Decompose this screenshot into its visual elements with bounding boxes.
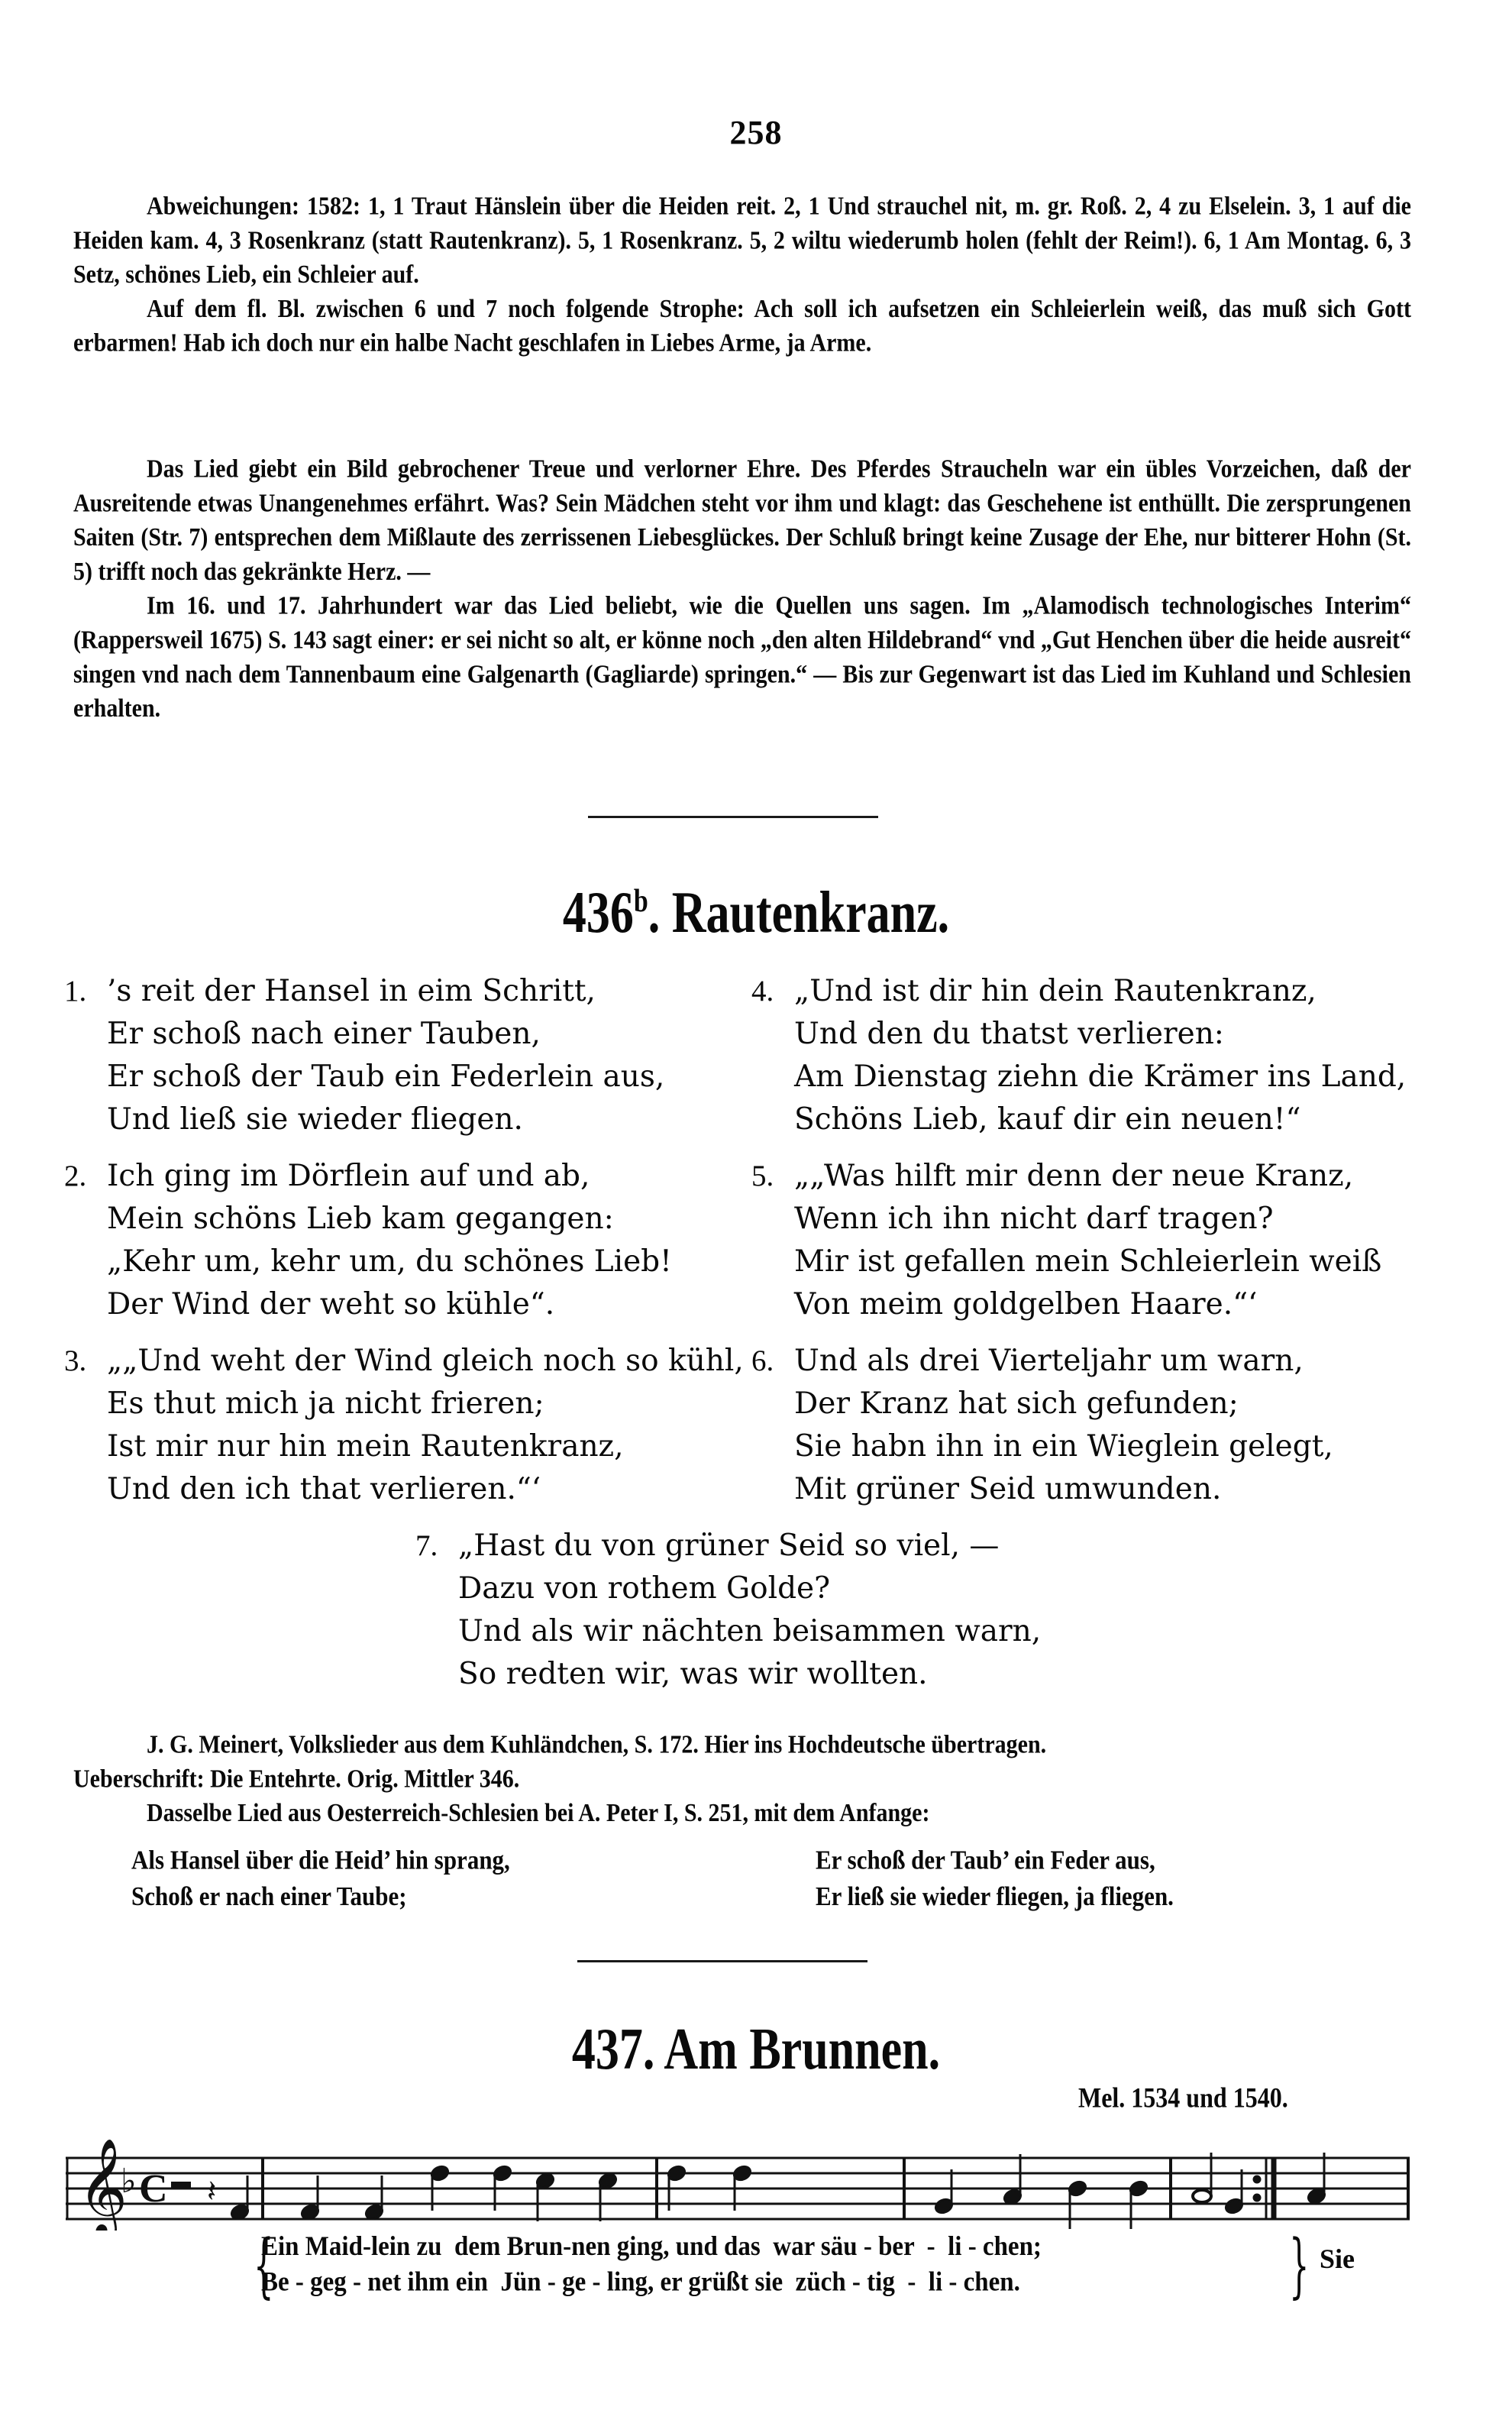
stanza-number: 5. (751, 1155, 774, 1198)
source-note: Dasselbe Lied aus Oesterreich-Schlesien … (73, 1797, 1417, 1831)
verse-line: Schöns Lieb, kauf dir ein neuen!“ (794, 1098, 1406, 1141)
stanza-number: 3. (64, 1340, 86, 1383)
verse-line: „„Was hilft mir denn der neue Kranz, (794, 1155, 1381, 1198)
verse-line: Und als drei Vierteljahr um warn, (794, 1340, 1333, 1383)
verse-line: Und als wir nächten beisammen warn, (458, 1610, 1041, 1653)
verse-line: Und ließ sie wieder fliegen. (107, 1098, 664, 1141)
stanza-6: 6. Und als drei Vierteljahr um warn, Der… (794, 1340, 1333, 1511)
melody-reference: Mel. 1534 und 1540. (1078, 2082, 1288, 2114)
verse-line: Und den ich that verlieren.“‘ (107, 1468, 744, 1511)
stanza-2: 2. Ich ging im Dörflein auf und ab, Mein… (107, 1155, 672, 1326)
verse-line: ’s reit der Hansel in eim Schritt, (107, 970, 664, 1013)
verse-line: „„Und weht der Wind gleich noch so kühl, (107, 1340, 744, 1383)
verse-line: Er schoß der Taub’ ein Feder aus, (816, 1842, 1174, 1878)
verse-line: Mit grüner Seid umwunden. (794, 1468, 1333, 1511)
stanza-4: 4. „Und ist dir hin dein Rautenkranz, Un… (794, 970, 1406, 1141)
verse-line: Er ließ sie wieder fliegen, ja fliegen. (816, 1878, 1174, 1914)
variant-notes-paragraph: Auf dem fl. Bl. zwischen 6 und 7 noch fo… (73, 292, 1411, 361)
variant-opening-left: Als Hansel über die Heid’ hin sprang, Sc… (131, 1842, 510, 1914)
stanza-number: 6. (751, 1340, 774, 1383)
lyric-line: Be - geg - net ihm ein Jün - ge - ling, … (261, 2264, 1042, 2299)
song-title-437: 437. Am Brunnen. (0, 2016, 1512, 2084)
stanza-1: 1. ’s reit der Hansel in eim Schritt, Er… (107, 970, 664, 1141)
stanza-number: 4. (751, 970, 774, 1013)
source-notes: J. G. Meinert, Volkslieder aus dem Kuhlä… (73, 1728, 1417, 1830)
verse-line: Er schoß nach einer Tauben, (107, 1013, 664, 1056)
section-divider (577, 1960, 867, 1962)
variant-notes: Abweichungen: 1582: 1, 1 Traut Hänslein … (73, 189, 1411, 361)
commentary: Das Lied giebt ein Bild gebrochener Treu… (73, 452, 1411, 726)
stanza-7: 7. „Hast du von grüner Seid so viel, — D… (458, 1525, 1041, 1696)
verse-line: Ist mir nur hin mein Rautenkranz, (107, 1425, 744, 1468)
stanza-number: 7. (415, 1525, 438, 1567)
common-time-icon: C (139, 2167, 168, 2211)
lyric-line: Ein Maid-lein zu dem Brun-nen ging, und … (261, 2229, 1042, 2264)
section-divider (588, 816, 878, 818)
stanza-3: 3. „„Und weht der Wind gleich noch so kü… (107, 1340, 744, 1511)
stanza-number: 2. (64, 1155, 86, 1198)
stanza-number: 1. (64, 970, 86, 1013)
verse-line: Ich ging im Dörflein auf und ab, (107, 1155, 672, 1198)
variant-notes-paragraph: Abweichungen: 1582: 1, 1 Traut Hänslein … (73, 189, 1411, 292)
verse-line: Als Hansel über die Heid’ hin sprang, (131, 1842, 510, 1878)
variant-opening-right: Er schoß der Taub’ ein Feder aus, Er lie… (816, 1842, 1174, 1914)
music-staff: 𝄞 ♭ C 𝄽 (66, 2131, 1410, 2231)
verse-line: „Hast du von grüner Seid so viel, — (458, 1525, 1041, 1567)
song-title-436b: 436b. Rautenkranz. (0, 879, 1512, 947)
verse-line: Wenn ich ihn nicht darf tragen? (794, 1198, 1381, 1241)
song-name: . Rautenkranz. (648, 880, 949, 945)
lyrics-brace-right: } (1289, 2231, 1309, 2301)
source-note: Ueberschrift: Die Entehrte. Orig. Mittle… (73, 1762, 1417, 1797)
verse-line: Er schoß der Taub ein Federlein aus, (107, 1056, 664, 1098)
lyric-continuation: Sie (1320, 2243, 1355, 2275)
verse-line: Der Wind der weht so kühle“. (107, 1283, 672, 1326)
verse-line: Am Dienstag ziehn die Krämer ins Land, (794, 1056, 1406, 1098)
verse-line: Mir ist gefallen mein Schleierlein weiß (794, 1241, 1381, 1283)
verse-line: Der Kranz hat sich gefunden; (794, 1383, 1333, 1425)
svg-text:𝄽: 𝄽 (207, 2174, 216, 2209)
lyrics: Ein Maid-lein zu dem Brun-nen ging, und … (261, 2229, 1042, 2299)
song-number-suffix: b (634, 884, 648, 919)
verse-line: „Kehr um, kehr um, du schönes Lieb! (107, 1241, 672, 1283)
verse-line: Sie habn ihn in ein Wieglein gelegt, (794, 1425, 1333, 1468)
commentary-paragraph: Im 16. und 17. Jahrhundert war das Lied … (73, 589, 1411, 726)
verse-line: Und den du thatst verlieren: (794, 1013, 1406, 1056)
commentary-paragraph: Das Lied giebt ein Bild gebrochener Treu… (73, 452, 1411, 589)
flat-icon: ♭ (121, 2162, 137, 2201)
verse-line: So redten wir, was wir wollten. (458, 1653, 1041, 1696)
verse-line: Es thut mich ja nicht frieren; (107, 1383, 744, 1425)
verse-line: „Und ist dir hin dein Rautenkranz, (794, 970, 1406, 1013)
page-number: 258 (0, 113, 1512, 152)
verse-line: Von meim goldgelben Haare.“‘ (794, 1283, 1381, 1326)
verse-line: Mein schöns Lieb kam gegangen: (107, 1198, 672, 1241)
verse-line: Schoß er nach einer Taube; (131, 1878, 510, 1914)
stanza-5: 5. „„Was hilft mir denn der neue Kranz, … (794, 1155, 1381, 1326)
song-number: 436 (563, 880, 634, 945)
verse-line: Dazu von rothem Golde? (458, 1567, 1041, 1610)
source-note: J. G. Meinert, Volkslieder aus dem Kuhlä… (73, 1728, 1417, 1762)
